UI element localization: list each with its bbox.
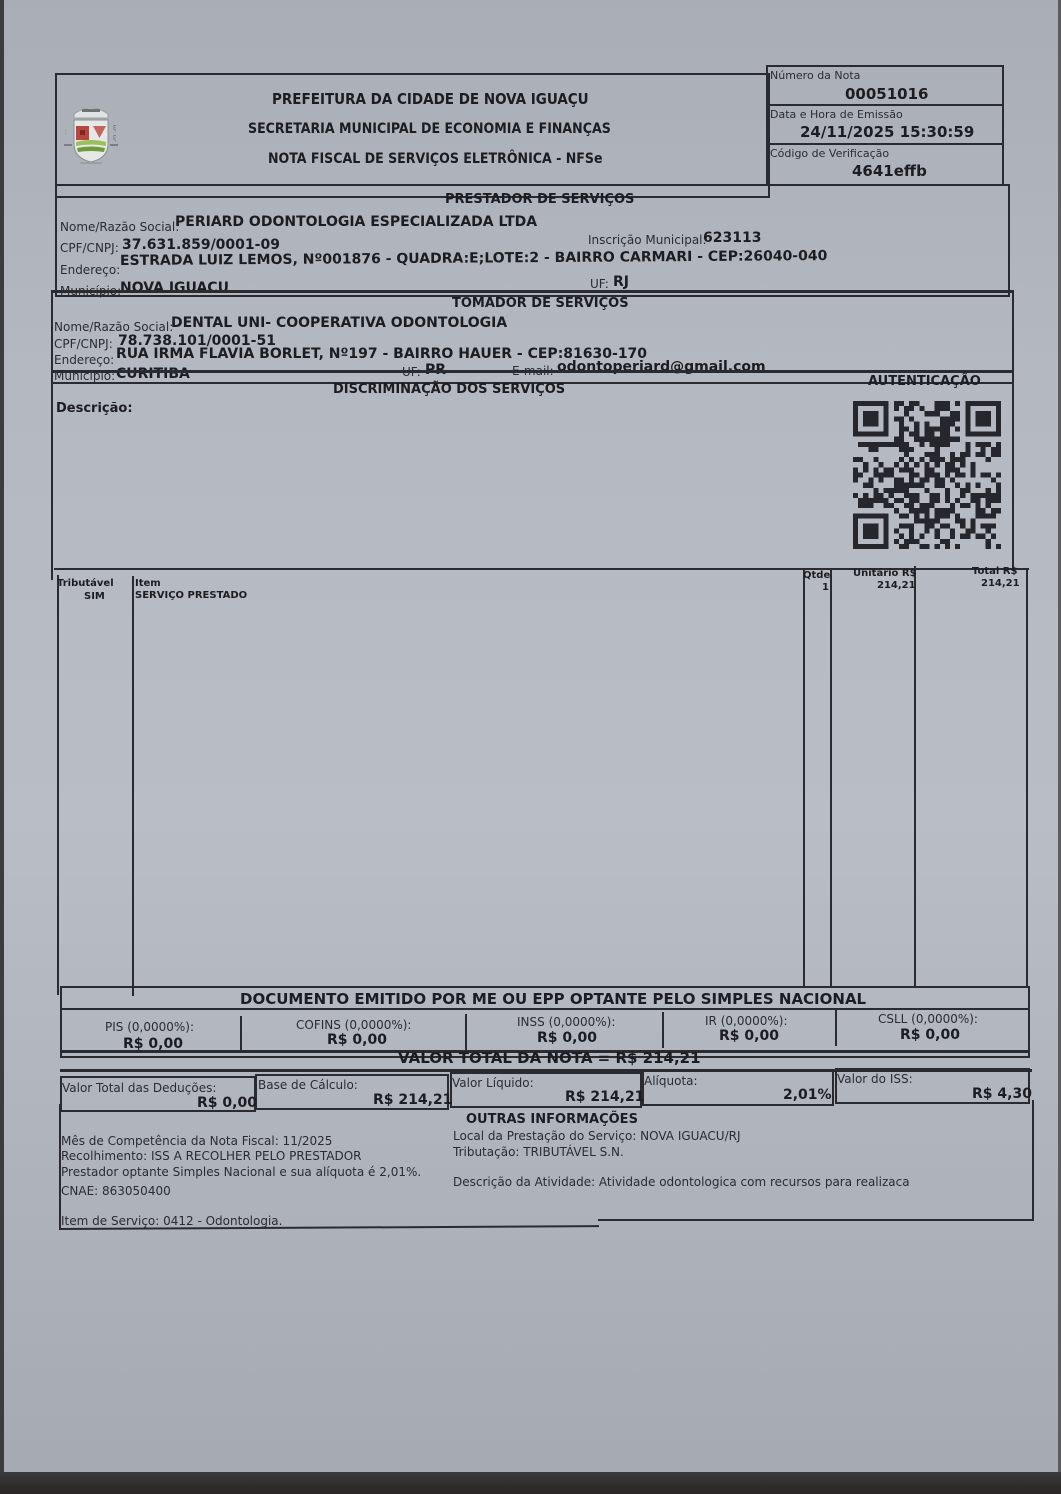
municipal-coat-of-arms-icon: ⋮ ξ ξ <box>60 100 122 168</box>
outras-tributacao: Tributação: TRIBUTÁVEL S.N. <box>453 1146 624 1158</box>
col-unitario-header: Unitário R$ <box>853 569 917 579</box>
divider <box>1026 568 1028 988</box>
tax-value: R$ 0,00 <box>900 1028 960 1042</box>
prestador-uf: RJ <box>613 275 629 289</box>
divider <box>835 1010 837 1046</box>
tax-label: CSLL (0,0000%): <box>878 1013 978 1025</box>
nfse-title: NOTA FISCAL DE SERVIÇOS ELETRÔNICA - NFS… <box>268 152 603 166</box>
divider <box>598 1219 1034 1221</box>
codigo-verificacao-value: 4641effb <box>852 164 927 179</box>
prestador-im: 623113 <box>703 231 761 245</box>
divider <box>51 370 53 580</box>
calc-label: Valor Total das Deduções: <box>62 1082 216 1094</box>
numero-nota-value: 00051016 <box>845 87 929 102</box>
outras-cnae: CNAE: 863050400 <box>61 1185 171 1197</box>
divider <box>830 568 832 988</box>
svg-text:⋮: ⋮ <box>63 129 69 136</box>
prestador-nome-label: Nome/Razão Social: <box>60 221 179 233</box>
discriminacao-title: DISCRIMINAÇÃO DOS SERVIÇOS <box>333 383 565 396</box>
prestador-nome: PERIARD ODONTOLOGIA ESPECIALIZADA LTDA <box>175 215 537 229</box>
nfse-document: ⋮ ξ ξ PREFEITURA DA CIDADE DE NOVA IGUAÇ… <box>0 0 1061 1494</box>
outras-item-servico: Item de Serviço: 0412 - Odontologia. <box>61 1215 282 1227</box>
calc-label: Valor do ISS: <box>837 1073 913 1085</box>
secretaria-title: SECRETARIA MUNICIPAL DE ECONOMIA E FINAN… <box>248 122 611 136</box>
calc-label: Valor Líquido: <box>452 1077 534 1089</box>
prestador-cnpj: 37.631.859/0001-09 <box>122 238 280 252</box>
calc-label: Alíquota: <box>644 1075 698 1087</box>
col-item-header: Item <box>135 579 161 589</box>
outras-simples: Prestador optante Simples Nacional e sua… <box>61 1166 421 1178</box>
data-emissao-label: Data e Hora de Emissão <box>770 109 903 120</box>
calc-value: R$ 214,21 <box>373 1093 452 1107</box>
data-emissao-value: 24/11/2025 15:30:59 <box>800 125 974 140</box>
col-tributavel-header: Tributável <box>57 579 114 589</box>
svg-text:ξ: ξ <box>113 125 116 132</box>
calc-label: Base de Cálculo: <box>258 1079 358 1091</box>
autenticacao-label: AUTENTICAÇÃO <box>868 375 981 388</box>
prestador-uf-label: UF: <box>590 278 609 290</box>
prestador-im-label: Inscrição Municipal: <box>588 234 707 246</box>
calc-value: R$ 4,30 <box>972 1087 1032 1101</box>
codigo-verificacao-label: Código de Verificação <box>770 148 889 159</box>
divider <box>57 575 59 995</box>
tax-value: R$ 0,00 <box>123 1037 183 1051</box>
cell-unitario: 214,21 <box>877 581 916 591</box>
divider <box>240 1016 242 1052</box>
divider <box>1032 1100 1034 1220</box>
calc-value: R$ 0,00 <box>197 1096 257 1110</box>
divider <box>51 370 1014 373</box>
simples-banner: DOCUMENTO EMITIDO POR ME OU EPP OPTANTE … <box>240 992 866 1007</box>
cell-qtde: 1 <box>822 583 829 593</box>
divider <box>465 1014 467 1050</box>
col-total-header: Total R$ <box>972 567 1017 577</box>
numero-nota-label: Número da Nota <box>770 70 860 81</box>
tomador-nome-label: Nome/Razão Social: <box>54 321 173 333</box>
tomador-endereco-label: Endereço: <box>54 354 114 366</box>
tomador-nome: DENTAL UNI- COOPERATIVA ODONTOLOGIA <box>171 316 507 330</box>
outras-local-prestacao: Local da Prestação do Serviço: NOVA IGUA… <box>453 1130 741 1142</box>
calc-value: R$ 214,21 <box>565 1090 644 1104</box>
calc-value: 2,01% <box>783 1088 832 1102</box>
cell-total: 214,21 <box>981 579 1020 589</box>
divider <box>1012 370 1014 570</box>
tomador-title: TOMADOR DE SERVIÇOS <box>452 297 629 310</box>
divider <box>766 143 1004 145</box>
prestador-endereco-label: Endereço: <box>60 264 120 276</box>
divider <box>803 568 805 988</box>
divider <box>914 566 916 988</box>
divider <box>766 104 1004 106</box>
tomador-cnpj-label: CPF/CNPJ: <box>54 338 113 350</box>
descricao-label: Descrição: <box>56 402 133 415</box>
divider <box>662 1012 664 1048</box>
prefeitura-title: PREFEITURA DA CIDADE DE NOVA IGUAÇU <box>272 92 589 107</box>
outras-competencia: Mês de Competência da Nota Fiscal: 11/20… <box>61 1135 332 1147</box>
cell-item: SERVIÇO PRESTADO <box>135 591 247 601</box>
prestador-cnpj-label: CPF/CNPJ: <box>60 242 119 254</box>
qr-code-icon[interactable] <box>852 401 1002 549</box>
outras-recolhimento: Recolhimento: ISS A RECOLHER PELO PRESTA… <box>61 1150 362 1162</box>
outras-title: OUTRAS INFORMAÇÕES <box>466 1113 638 1126</box>
valor-total-nota: VALOR TOTAL DA NOTA = R$ 214,21 <box>398 1051 701 1066</box>
tax-value: R$ 0,00 <box>327 1033 387 1047</box>
col-qtde-header: Qtde <box>803 571 830 581</box>
cell-tributavel: SIM <box>84 592 105 602</box>
outras-descricao-atividade: Descrição da Atividade: Atividade odonto… <box>453 1176 910 1188</box>
tax-label: COFINS (0,0000%): <box>296 1019 411 1031</box>
divider <box>60 1008 1030 1010</box>
svg-text:ξ: ξ <box>113 135 116 142</box>
tax-label: IR (0,0000%): <box>705 1015 788 1027</box>
tax-value: R$ 0,00 <box>537 1031 597 1045</box>
prestador-title: PRESTADOR DE SERVIÇOS <box>445 193 634 206</box>
divider <box>132 576 134 996</box>
tax-label: PIS (0,0000%): <box>105 1021 194 1033</box>
tax-label: INSS (0,0000%): <box>517 1016 615 1028</box>
tax-value: R$ 0,00 <box>719 1029 779 1043</box>
